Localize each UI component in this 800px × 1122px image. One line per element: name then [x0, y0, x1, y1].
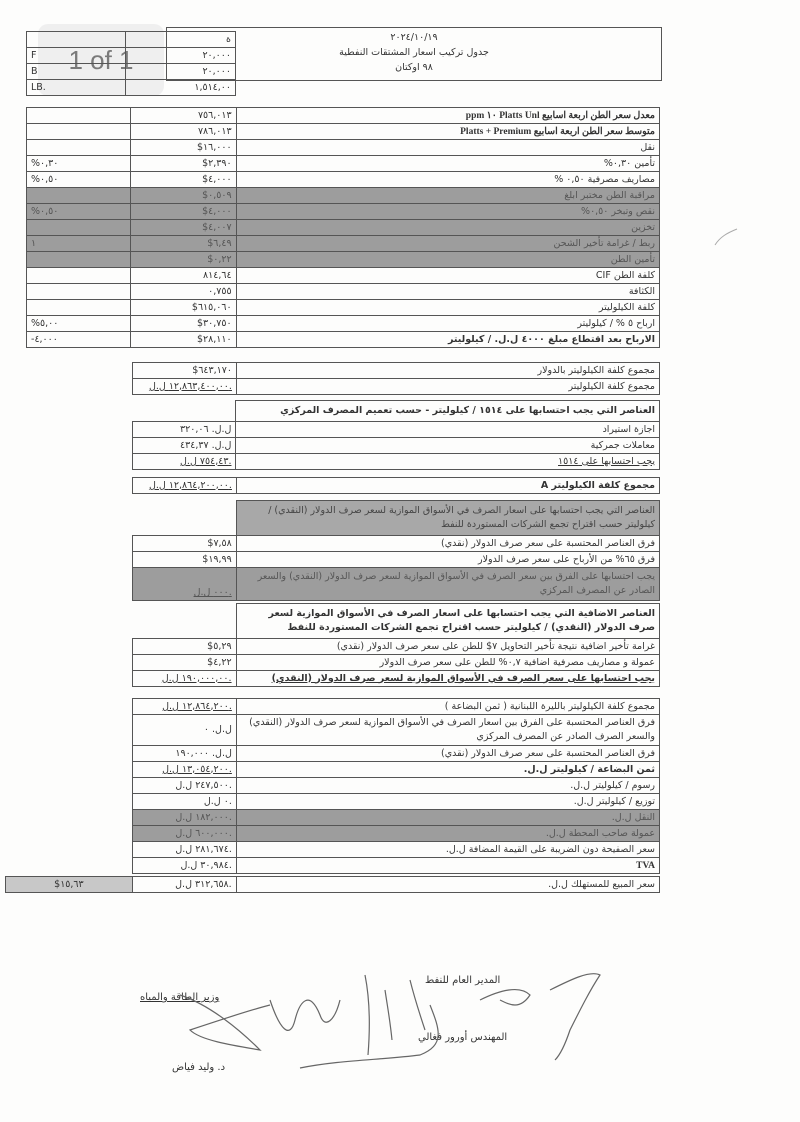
summary-label: ثمن البضاعة / كيلوليتر ل.ل. — [236, 762, 659, 778]
central-bank-value: ل.ل. ٣٢٠,٠٦ — [133, 422, 236, 438]
handwritten-signatures — [120, 960, 620, 1080]
total-value: ١٢,٨٦٣,٤٠٠,٠٠ ل.ل. — [133, 379, 237, 395]
summary-label: النقل ل.ل. — [236, 810, 659, 826]
summary-label: توزيع / كيلوليتر ل.ل. — [236, 794, 659, 810]
cost-percent — [27, 220, 131, 236]
section-heading-row: العناصر الاضافية التي يجب احتسابها على ا… — [133, 604, 660, 639]
summary-value: ل.ل. ٠ — [133, 715, 237, 746]
cost-value: $٦,٤٩ — [130, 236, 236, 252]
central-bank-row: ل.ل. ٤٣٤,٣٧معاملات جمركية — [133, 438, 660, 454]
central-bank-heading: العناصر التي يجب احتسابها على ١٥١٤ / كيل… — [236, 401, 660, 422]
cost-percent: %٠,٥٠ — [27, 172, 131, 188]
summary-row: ٦٠٠,٠٠٠ ل.ل.عمولة صاحب المحطة ل.ل. — [133, 826, 660, 842]
final-price-table: $١٥,٦٣ ٣١٢,٦٥٨ ل.ل. سعر المبيع للمستهلك … — [5, 876, 660, 893]
cost-row: $٤,٠٠٧تخزين — [27, 220, 660, 236]
parallel-label: فرق العناصر المحتسبة على سعر صرف الدولار… — [236, 536, 659, 552]
cost-label: تأمين ٠,٣٠% — [236, 156, 659, 172]
cost-value: $٢٨,١١٠ — [130, 332, 236, 348]
cost-label: تأمين الطن — [236, 252, 659, 268]
summary-value: ل.ل. ١٩٠,٠٠٠ — [133, 746, 237, 762]
summary-value: ٣٠,٩٨٤ ل.ل. — [133, 858, 237, 874]
cost-value: $٠,٢٢ — [130, 252, 236, 268]
summary-label: فرق العناصر المحتسبة على الفرق بين اسعار… — [236, 715, 659, 746]
parallel-value: $٧,٥٨ — [133, 536, 237, 552]
cost-row: ٨١٤,٦٤كلفة الطن CIF — [27, 268, 660, 284]
additional-footer-row: ١٩٠,٠٠٠,٠٠ ل.ل.يجب احتسابها على سعر الصر… — [133, 671, 660, 687]
cost-percent — [27, 188, 131, 204]
cost-percent: ١ — [27, 236, 131, 252]
cost-percent: %٠,٣٠ — [27, 156, 131, 172]
final-price-value: ٣١٢,٦٥٨ ل.ل. — [132, 877, 236, 893]
cost-value: ٨١٤,٦٤ — [130, 268, 236, 284]
total-a-table: ١٢,٨٦٤,٢٠٠,٠٠ ل.ل. مجموع كلفة الكيلوليتر… — [132, 477, 660, 494]
section-heading-row: العناصر التي يجب احتسابها على ١٥١٤ / كيل… — [133, 401, 660, 422]
cost-percent — [27, 124, 131, 140]
cost-row: ٧٨٦,٠١٣متوسط سعر الطن اربعة اسابيع Platt… — [27, 124, 660, 140]
cost-value: $٢,٣٩٠ — [130, 156, 236, 172]
summary-row: ل.ل. ١٩٠,٠٠٠فرق العناصر المحتسبة على سعر… — [133, 746, 660, 762]
cost-row: $٠,٥٠٩مراقبة الطن مختبر ابلغ — [27, 188, 660, 204]
summary-value: ٠ ل.ل. — [133, 794, 237, 810]
cost-label: معدل سعر الطن اربعة اسابيع Platts Unl ١٠… — [236, 108, 659, 124]
cost-percent — [27, 252, 131, 268]
cost-percent — [27, 284, 131, 300]
document-header: ٢٠٢٤/١٠/١٩ جدول تركيب اسعار المشتقات الن… — [166, 27, 662, 81]
rate-value: ١,٥١٤,٠٠ — [126, 80, 236, 96]
central-bank-row: ٧٥٤,٤٣ ل.ل.يجب احتسابها على ١٥١٤ — [133, 454, 660, 470]
summary-value: ٦٠٠,٠٠٠ ل.ل. — [133, 826, 237, 842]
central-bank-label: اجازة استيراد — [236, 422, 660, 438]
cost-row: %٠,٣٠$٢,٣٩٠تأمين ٠,٣٠% — [27, 156, 660, 172]
additional-footer-label: يجب احتسابها على سعر الصرف في الأسواق ال… — [236, 671, 659, 687]
cost-table: ٧٥٦,٠١٣معدل سعر الطن اربعة اسابيع Platts… — [26, 107, 660, 348]
cost-percent — [27, 268, 131, 284]
summary-label: مجموع كلفة الكيلوليتر بالليرة اللبنانية … — [236, 699, 659, 715]
cost-value: $٤,٠٠٠ — [130, 172, 236, 188]
cost-label: ارباح ٥ % / كيلوليتر — [236, 316, 659, 332]
central-bank-value: ل.ل. ٤٣٤,٣٧ — [133, 438, 236, 454]
totals-table: $٦٤٣,١٧٠مجموع كلفة الكيلوليتر بالدولار١٢… — [132, 362, 660, 395]
cost-row: -٤,٠٠٠$٢٨,١١٠الارباح بعد اقتطاع مبلغ ٤٠٠… — [27, 332, 660, 348]
summary-value: ٢٨١,٦٧٤ ل.ل. — [133, 842, 237, 858]
final-price-label: سعر المبيع للمستهلك ل.ل. — [236, 877, 659, 893]
cost-row: $٦١٥,٠٦٠كلفة الكيلوليتر — [27, 300, 660, 316]
parallel-heading: العناصر التي يجب احتسابها على اسعار الصر… — [236, 501, 659, 536]
cost-label: نقل — [236, 140, 659, 156]
final-price-usd: $١٥,٦٣ — [6, 877, 133, 893]
summary-row: ٠ ل.ل.توزيع / كيلوليتر ل.ل. — [133, 794, 660, 810]
summary-value: ١٨٢,٠٠٠ ل.ل. — [133, 810, 237, 826]
central-bank-label: يجب احتسابها على ١٥١٤ — [236, 454, 660, 470]
central-bank-value: ٧٥٤,٤٣ ل.ل. — [133, 454, 236, 470]
additional-label: عمولة و مصاريف مصرفية اضافية ٠,٧% للطن ع… — [236, 655, 659, 671]
cost-row: $١٦,٠٠٠نقل — [27, 140, 660, 156]
total-row: ١٢,٨٦٣,٤٠٠,٠٠ ل.ل.مجموع كلفة الكيلوليتر — [133, 379, 660, 395]
summary-label: سعر الصفيحة دون الضريبة على القيمة المضا… — [236, 842, 659, 858]
total-label: مجموع كلفة الكيلوليتر — [236, 379, 659, 395]
parallel-value: $١٩,٩٩ — [133, 552, 237, 568]
cost-row: ١$٦,٤٩ربط / غرامة تأخير الشحن — [27, 236, 660, 252]
summary-value: ٢٤٧,٥٠٠ ل.ل. — [133, 778, 237, 794]
additional-heading: العناصر الاضافية التي يجب احتسابها على ا… — [236, 604, 659, 639]
cost-percent — [27, 140, 131, 156]
section-heading-row: العناصر التي يجب احتسابها على اسعار الصر… — [133, 501, 660, 536]
cost-percent: %٠,٥٠ — [27, 204, 131, 220]
cost-percent — [27, 108, 131, 124]
cost-value: $١٦,٠٠٠ — [130, 140, 236, 156]
additional-elements-section: العناصر الاضافية التي يجب احتسابها على ا… — [132, 603, 660, 687]
cost-label: الكثافة — [236, 284, 659, 300]
cost-percent — [27, 300, 131, 316]
additional-row: $٤,٢٢عمولة و مصاريف مصرفية اضافية ٠,٧% ل… — [133, 655, 660, 671]
cost-label: مصاريف مصرفية ٠,٥٠ % — [236, 172, 659, 188]
summary-value: ١٣,٠٥٤,٢٠٠ ل.ل. — [133, 762, 237, 778]
summary-row: ١٢,٨٦٤,٢٠٠ ل.ل.مجموع كلفة الكيلوليتر بال… — [133, 699, 660, 715]
central-bank-section: العناصر التي يجب احتسابها على ١٥١٤ / كيل… — [132, 400, 660, 470]
margin-mark — [712, 225, 742, 250]
additional-label: غرامة تأخير اضافية نتيجة تأخير التحاويل … — [236, 639, 659, 655]
cost-label: متوسط سعر الطن اربعة اسابيع Platts + Pre… — [236, 124, 659, 140]
cost-label: ربط / غرامة تأخير الشحن — [236, 236, 659, 252]
cost-label: نقص وتبخر ٠,٥٠% — [236, 204, 659, 220]
cost-value: ٧٥٦,٠١٣ — [130, 108, 236, 124]
cost-row: ٠,٧٥٥الكثافة — [27, 284, 660, 300]
rate-label — [27, 32, 126, 48]
cost-value: $٣٠,٧٥٠ — [130, 316, 236, 332]
parallel-market-section: العناصر التي يجب احتسابها على اسعار الصر… — [132, 500, 660, 601]
total-value: $٦٤٣,١٧٠ — [133, 363, 237, 379]
parallel-row: $١٩,٩٩فرق ٦٥% من الأرباح على سعر صرف الد… — [133, 552, 660, 568]
parallel-row: $٧,٥٨فرق العناصر المحتسبة على سعر صرف ال… — [133, 536, 660, 552]
summary-row: ٣٠,٩٨٤ ل.ل.TVA — [133, 858, 660, 874]
summary-row: ١٨٢,٠٠٠ ل.ل.النقل ل.ل. — [133, 810, 660, 826]
summary-row: ٢٨١,٦٧٤ ل.ل.سعر الصفيحة دون الضريبة على … — [133, 842, 660, 858]
summary-row: ١٣,٠٥٤,٢٠٠ ل.ل.ثمن البضاعة / كيلوليتر ل.… — [133, 762, 660, 778]
cost-row: %٥,٠٠$٣٠,٧٥٠ارباح ٥ % / كيلوليتر — [27, 316, 660, 332]
total-label: مجموع كلفة الكيلوليتر بالدولار — [236, 363, 659, 379]
additional-value: $٤,٢٢ — [133, 655, 237, 671]
central-bank-label: معاملات جمركية — [236, 438, 660, 454]
cost-row: ٧٥٦,٠١٣معدل سعر الطن اربعة اسابيع Platts… — [27, 108, 660, 124]
cost-value: $٤,٠٠٠ — [130, 204, 236, 220]
cost-value: $٠,٥٠٩ — [130, 188, 236, 204]
summary-label: TVA — [236, 858, 659, 874]
parallel-footer-row: ٠٠٠ ل.ل.يجب احتسابها على الفرق بين سعر ا… — [133, 568, 660, 601]
rate-row: LB.١,٥١٤,٠٠ — [27, 80, 236, 96]
parallel-label: فرق ٦٥% من الأرباح على سعر صرف الدولار — [236, 552, 659, 568]
summary-value: ١٢,٨٦٤,٢٠٠ ل.ل. — [133, 699, 237, 715]
cost-row: %٠,٥٠$٤,٠٠٠نقص وتبخر ٠,٥٠% — [27, 204, 660, 220]
cost-label: كلفة الطن CIF — [236, 268, 659, 284]
cost-label: الارباح بعد اقتطاع مبلغ ٤٠٠٠ ل.ل. / كيلو… — [236, 332, 659, 348]
summary-table: ١٢,٨٦٤,٢٠٠ ل.ل.مجموع كلفة الكيلوليتر بال… — [132, 698, 660, 874]
cost-value: $٤,٠٠٧ — [130, 220, 236, 236]
cost-row: %٠,٥٠$٤,٠٠٠مصاريف مصرفية ٠,٥٠ % — [27, 172, 660, 188]
cost-percent: -٤,٠٠٠ — [27, 332, 131, 348]
parallel-footer-value: ٠٠٠ ل.ل. — [133, 568, 237, 601]
rate-label: F — [27, 48, 126, 64]
document-title: جدول تركيب اسعار المشتقات النفطية — [167, 45, 661, 60]
additional-value: $٥,٢٩ — [133, 639, 237, 655]
cost-value: ٠,٧٥٥ — [130, 284, 236, 300]
central-bank-row: ل.ل. ٣٢٠,٠٦اجازة استيراد — [133, 422, 660, 438]
summary-label: فرق العناصر المحتسبة على سعر صرف الدولار… — [236, 746, 659, 762]
cost-row: $٠,٢٢تأمين الطن — [27, 252, 660, 268]
additional-row: $٥,٢٩غرامة تأخير اضافية نتيجة تأخير التح… — [133, 639, 660, 655]
final-price-row: $١٥,٦٣ ٣١٢,٦٥٨ ل.ل. سعر المبيع للمستهلك … — [6, 877, 660, 893]
total-a-value: ١٢,٨٦٤,٢٠٠,٠٠ ل.ل. — [133, 478, 237, 494]
cost-label: تخزين — [236, 220, 659, 236]
document-date: ٢٠٢٤/١٠/١٩ — [167, 30, 661, 45]
summary-label: عمولة صاحب المحطة ل.ل. — [236, 826, 659, 842]
rate-label: LB. — [27, 80, 126, 96]
product-name: ٩٨ اوكتان — [167, 60, 661, 75]
cost-percent: %٥,٠٠ — [27, 316, 131, 332]
summary-row: ل.ل. ٠فرق العناصر المحتسبة على الفرق بين… — [133, 715, 660, 746]
cost-label: كلفة الكيلوليتر — [236, 300, 659, 316]
summary-row: ٢٤٧,٥٠٠ ل.ل.رسوم / كيلوليتر ل.ل. — [133, 778, 660, 794]
total-a-row: ١٢,٨٦٤,٢٠٠,٠٠ ل.ل. مجموع كلفة الكيلوليتر… — [133, 478, 660, 494]
cost-value: ٧٨٦,٠١٣ — [130, 124, 236, 140]
total-row: $٦٤٣,١٧٠مجموع كلفة الكيلوليتر بالدولار — [133, 363, 660, 379]
summary-label: رسوم / كيلوليتر ل.ل. — [236, 778, 659, 794]
cost-label: مراقبة الطن مختبر ابلغ — [236, 188, 659, 204]
cost-value: $٦١٥,٠٦٠ — [130, 300, 236, 316]
parallel-footer-label: يجب احتسابها على الفرق بين سعر الصرف في … — [236, 568, 659, 601]
total-a-label: مجموع كلفة الكيلوليتر A — [236, 478, 659, 494]
additional-footer-value: ١٩٠,٠٠٠,٠٠ ل.ل. — [133, 671, 237, 687]
rate-label: B — [27, 64, 126, 80]
